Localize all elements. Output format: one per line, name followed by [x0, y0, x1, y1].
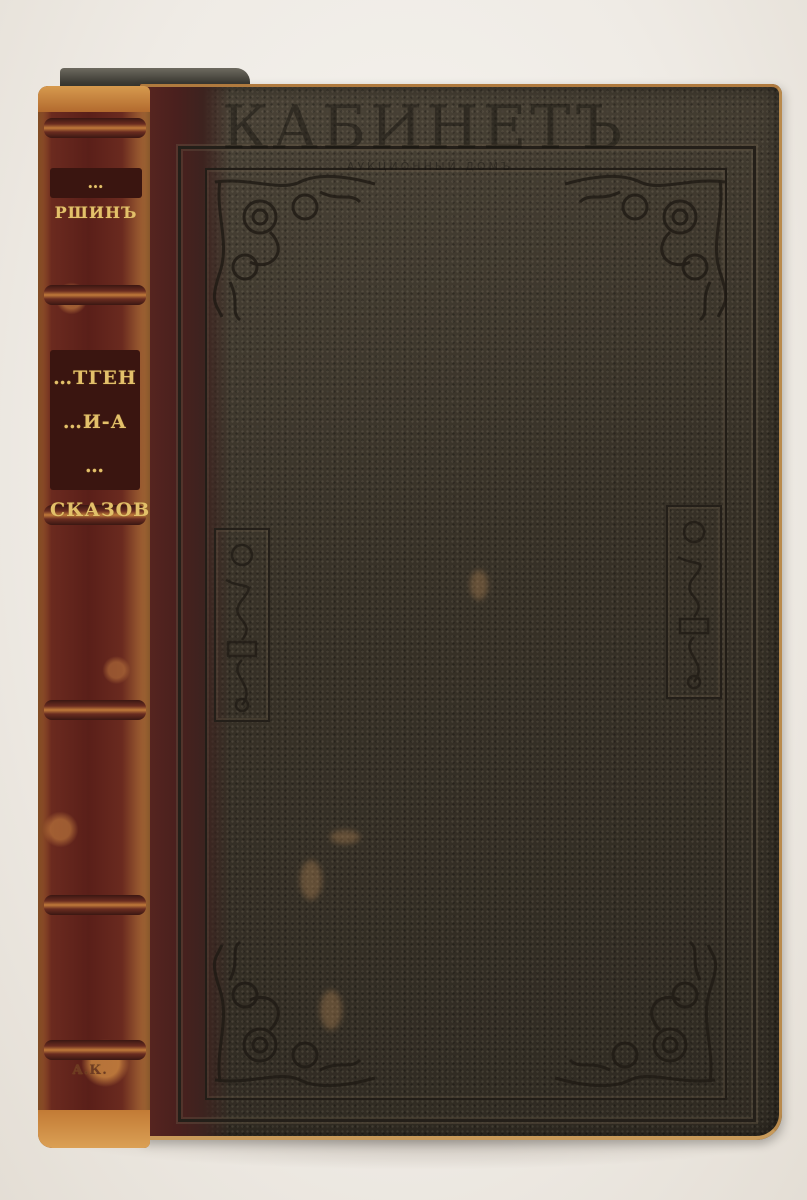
spine-raised-band: [44, 118, 146, 138]
side-ornament-right-icon: [666, 505, 722, 699]
spine-raised-band: [44, 700, 146, 720]
corner-ornament-bottom-left-icon: [210, 940, 380, 1090]
spine-raised-band: [44, 1040, 146, 1060]
spine-title-line: …И-А: [50, 400, 140, 444]
spine-author-label: …РШИНЪ: [50, 168, 142, 198]
spine-title-line: …СКАЗОВ: [50, 444, 140, 532]
spine-tail-cap: [38, 1110, 150, 1148]
side-ornament-left-icon: [214, 528, 270, 722]
spine-title-label: …ТГЕН …И-А …СКАЗОВ: [50, 350, 140, 490]
corner-ornament-top-right-icon: [560, 172, 730, 322]
spine-raised-band: [44, 285, 146, 305]
spine-head-cap: [38, 86, 150, 112]
auction-watermark-subtitle: АУКЦИОННЫЙ ДОМЪ: [300, 160, 560, 173]
spine-foot-label: А.К.: [50, 1060, 130, 1082]
corner-ornament-top-left-icon: [210, 172, 380, 322]
leather-spine: [38, 86, 150, 1148]
auction-watermark-title: КАБИНЕТЪ: [222, 95, 602, 161]
corner-ornament-bottom-right-icon: [550, 940, 720, 1090]
spine-raised-band: [44, 895, 146, 915]
spine-title-line: …ТГЕН: [50, 356, 140, 400]
